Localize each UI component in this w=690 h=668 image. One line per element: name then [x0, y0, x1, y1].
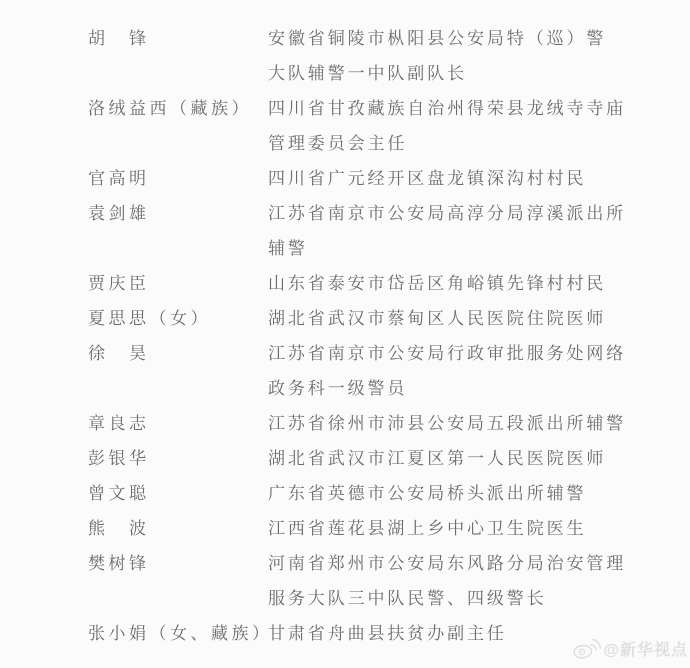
list-item: 樊树锋 河南省郑州市公安局东风路分局治安管理服务大队三中队民警、四级警长	[88, 546, 660, 616]
list-item: 胡 锋 安徽省铜陵市枞阳县公安局特（巡）警大队辅警一中队副队长	[88, 21, 660, 91]
recipient-title-line: 大队辅警一中队副队长	[268, 56, 660, 91]
recipient-title-line: 江苏省南京市公安局高淳分局淳溪派出所	[268, 196, 660, 231]
recipient-title: 安徽省铜陵市枞阳县公安局特（巡）警大队辅警一中队副队长	[268, 21, 660, 91]
list-item: 曾文聪 广东省英德市公安局桥头派出所辅警	[88, 476, 660, 511]
recipient-title: 四川省广元经开区盘龙镇深沟村村民	[268, 161, 660, 196]
watermark-handle: @新华视点	[603, 637, 688, 660]
list-item: 贾庆臣 山东省泰安市岱岳区角峪镇先锋村村民	[88, 266, 660, 301]
recipient-title-line: 辅警	[268, 231, 660, 266]
recipient-title: 广东省英德市公安局桥头派出所辅警	[268, 476, 660, 511]
list-item: 章良志 江苏省徐州市沛县公安局五段派出所辅警	[88, 406, 660, 441]
recipient-title-line: 四川省广元经开区盘龙镇深沟村村民	[268, 161, 660, 196]
list-item: 袁剑雄 江苏省南京市公安局高淳分局淳溪派出所辅警	[88, 196, 660, 266]
weibo-icon	[571, 636, 601, 660]
recipient-title: 湖北省武汉市江夏区第一人民医院医师	[268, 441, 660, 476]
recipient-title: 河南省郑州市公安局东风路分局治安管理服务大队三中队民警、四级警长	[268, 546, 660, 616]
recipient-title-line: 管理委员会主任	[268, 126, 660, 161]
recipient-title-line: 政务科一级警员	[268, 371, 660, 406]
recipient-title-line: 山东省泰安市岱岳区角峪镇先锋村村民	[268, 266, 660, 301]
list-item: 夏思思（女） 湖北省武汉市蔡甸区人民医院住院医师	[88, 301, 660, 336]
recipient-title: 四川省甘孜藏族自治州得荣县龙绒寺寺庙管理委员会主任	[268, 91, 660, 161]
recipient-title: 湖北省武汉市蔡甸区人民医院住院医师	[268, 301, 660, 336]
recipient-list: 胡 锋 安徽省铜陵市枞阳县公安局特（巡）警大队辅警一中队副队长 洛绒益西（藏族）…	[88, 21, 660, 651]
recipient-name: 张小娟（女、藏族）	[88, 616, 268, 651]
recipient-name: 章良志	[88, 406, 268, 441]
recipient-name: 夏思思（女）	[88, 301, 268, 336]
recipient-name: 徐 昊	[88, 336, 268, 371]
recipient-name: 彭银华	[88, 441, 268, 476]
recipient-title-line: 服务大队三中队民警、四级警长	[268, 581, 660, 616]
recipient-title-line: 江苏省徐州市沛县公安局五段派出所辅警	[268, 406, 660, 441]
recipient-title-line: 湖北省武汉市蔡甸区人民医院住院医师	[268, 301, 660, 336]
list-item: 熊 波 江西省莲花县湖上乡中心卫生院医生	[88, 511, 660, 546]
recipient-title: 江西省莲花县湖上乡中心卫生院医生	[268, 511, 660, 546]
recipient-title-line: 湖北省武汉市江夏区第一人民医院医师	[268, 441, 660, 476]
recipient-name: 樊树锋	[88, 546, 268, 581]
recipient-title-line: 广东省英德市公安局桥头派出所辅警	[268, 476, 660, 511]
recipient-name: 洛绒益西（藏族）	[88, 91, 268, 126]
list-item: 徐 昊 江苏省南京市公安局行政审批服务处网络政务科一级警员	[88, 336, 660, 406]
recipient-name: 袁剑雄	[88, 196, 268, 231]
list-item: 洛绒益西（藏族） 四川省甘孜藏族自治州得荣县龙绒寺寺庙管理委员会主任	[88, 91, 660, 161]
watermark: @新华视点	[571, 636, 688, 660]
recipient-title-line: 河南省郑州市公安局东风路分局治安管理	[268, 546, 660, 581]
recipient-name: 胡 锋	[88, 21, 268, 56]
recipient-title-line: 安徽省铜陵市枞阳县公安局特（巡）警	[268, 21, 660, 56]
recipient-title: 江苏省南京市公安局行政审批服务处网络政务科一级警员	[268, 336, 660, 406]
award-list-page: 胡 锋 安徽省铜陵市枞阳县公安局特（巡）警大队辅警一中队副队长 洛绒益西（藏族）…	[0, 0, 690, 668]
recipient-name: 贾庆臣	[88, 266, 268, 301]
recipient-title-line: 四川省甘孜藏族自治州得荣县龙绒寺寺庙	[268, 91, 660, 126]
list-item: 彭银华 湖北省武汉市江夏区第一人民医院医师	[88, 441, 660, 476]
recipient-title: 江苏省南京市公安局高淳分局淳溪派出所辅警	[268, 196, 660, 266]
recipient-name: 熊 波	[88, 511, 268, 546]
recipient-title: 江苏省徐州市沛县公安局五段派出所辅警	[268, 406, 660, 441]
recipient-title: 山东省泰安市岱岳区角峪镇先锋村村民	[268, 266, 660, 301]
recipient-name: 曾文聪	[88, 476, 268, 511]
recipient-title-line: 江西省莲花县湖上乡中心卫生院医生	[268, 511, 660, 546]
list-item: 官高明 四川省广元经开区盘龙镇深沟村村民	[88, 161, 660, 196]
recipient-title-line: 江苏省南京市公安局行政审批服务处网络	[268, 336, 660, 371]
recipient-name: 官高明	[88, 161, 268, 196]
